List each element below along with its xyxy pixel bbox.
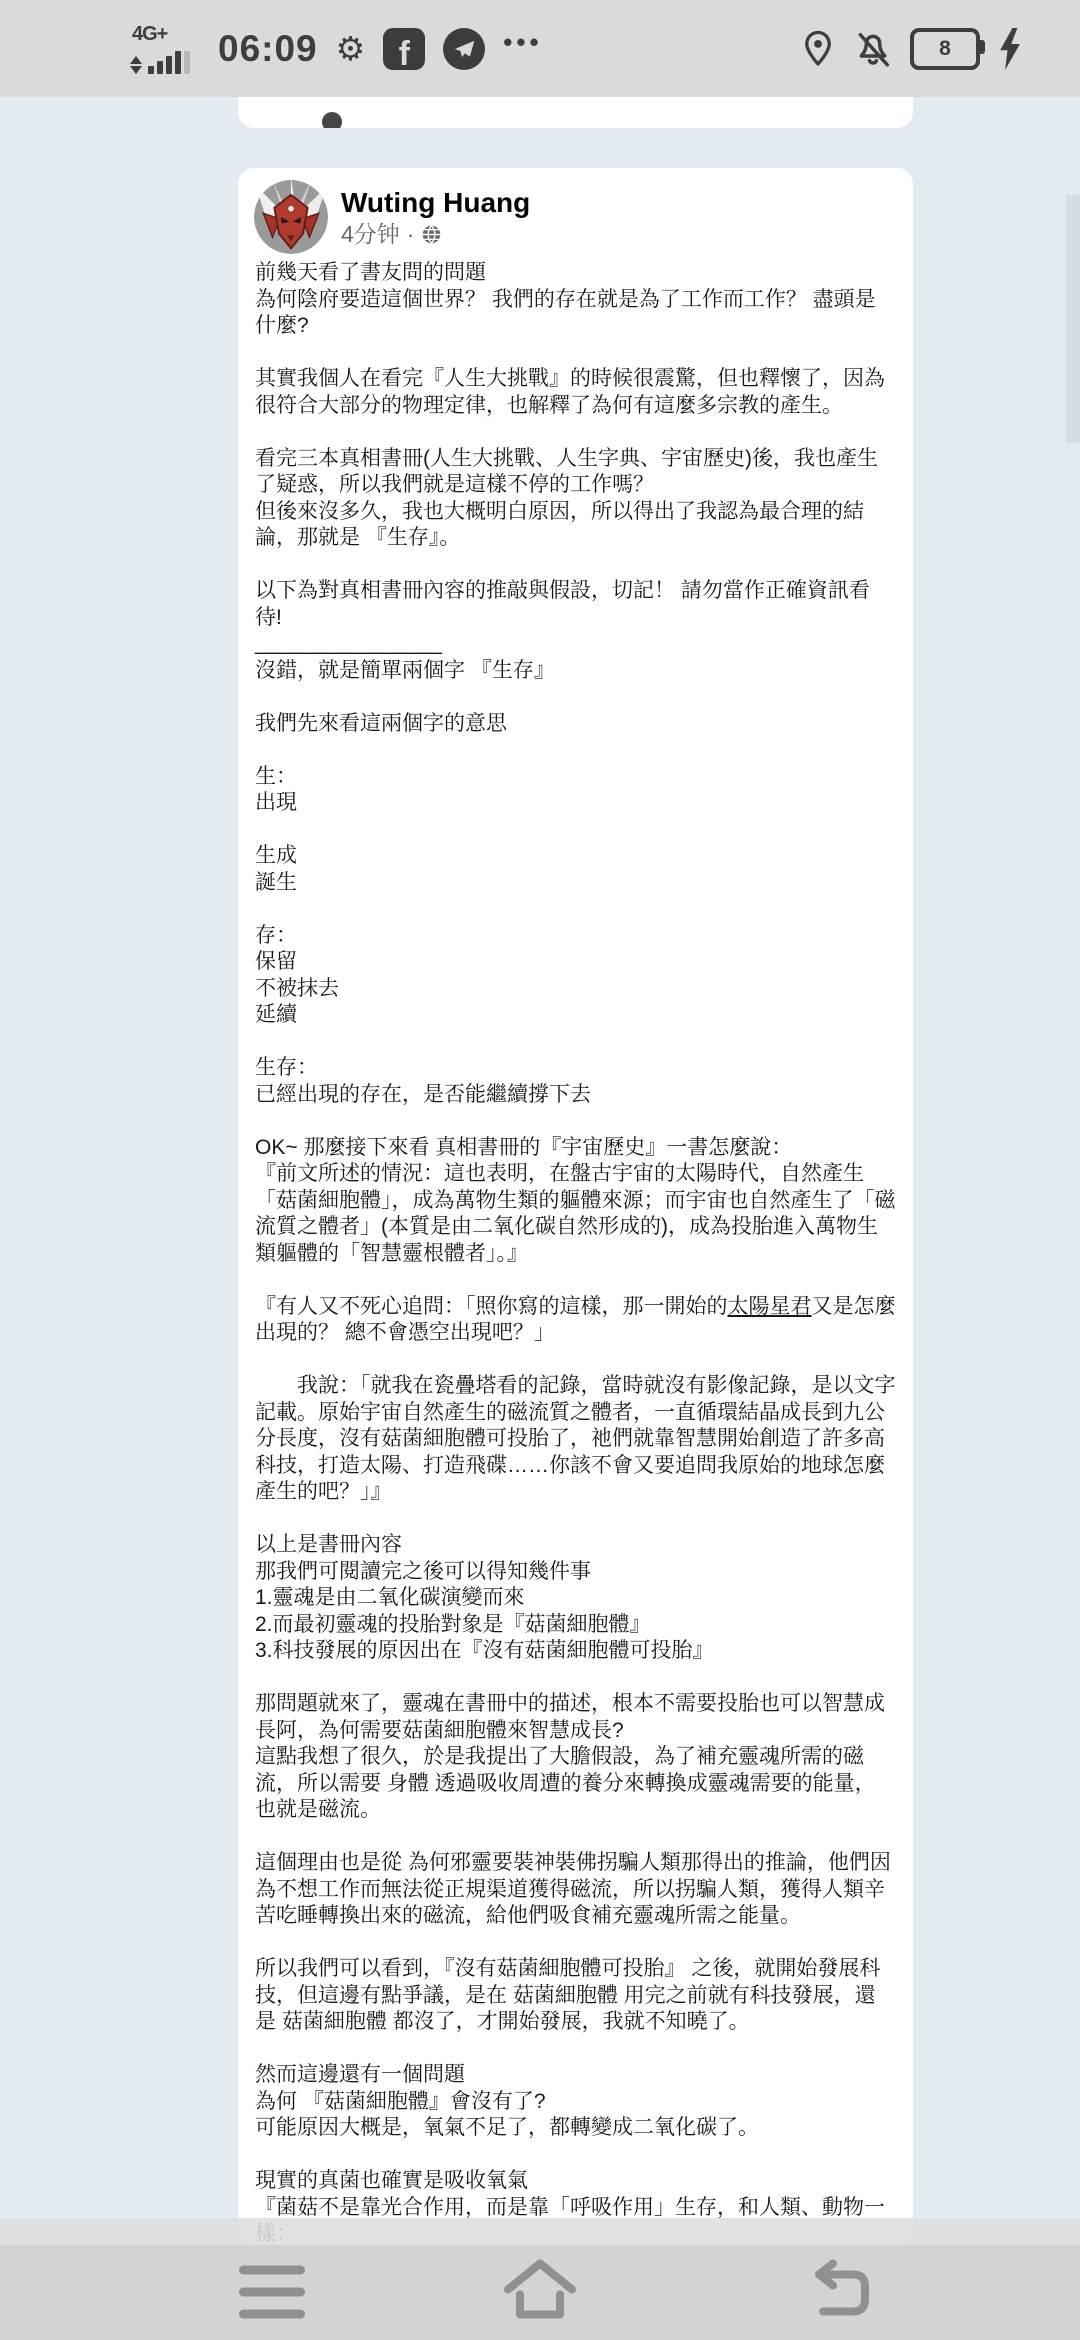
signal-bars-icon [148,51,190,74]
notifications-off-icon [854,29,892,69]
charging-bolt-icon [998,28,1022,70]
partial-emoji-icon [322,112,342,128]
author-name[interactable]: Wuting Huang [341,187,530,219]
facebook-icon: f [383,28,425,70]
menu-icon[interactable] [239,2266,305,2319]
gear-icon: ⚙ [336,32,366,65]
network-type-label: 4G+ [132,23,167,46]
bottom-fade-band [0,2218,1080,2245]
telegram-icon [443,28,485,70]
post-body: 前幾天看了書友問的問題 為何陰府要造這個世界？ 我們的存在就是為了工作而工作？ … [238,258,913,2245]
avatar[interactable] [254,180,328,254]
scrollbar[interactable] [1066,195,1080,443]
battery-level: 8 [939,37,951,61]
post-body-segment: 前幾天看了書友問的問題 為何陰府要造這個世界？ 我們的存在就是為了工作而工作？ … [255,261,896,1318]
post-body-segment: 又是怎麼出現的？ 總不會憑空出現吧？」 我說：「就我在瓷疊塔看的記錄，當時就沒有… [255,1295,896,2246]
meta-separator: · [407,221,415,247]
post-card: Wuting Huang 4分钟 · 前幾天看了書友問的問題 為何陰府要造這個世… [238,168,913,2245]
post-meta: 4分钟 · [341,221,530,247]
more-dots-icon: ••• [503,27,542,58]
data-activity-icon [130,56,142,74]
battery-icon: 8 [910,28,980,70]
home-icon[interactable] [502,2257,578,2328]
status-bar: 4G+ 06:09 ⚙ f ••• 8 [0,0,1080,97]
post-header: Wuting Huang 4分钟 · [238,168,913,258]
back-icon[interactable] [811,2260,873,2325]
post-body-segment: 太陽星君 [728,1295,812,1318]
clock-time: 06:09 [218,28,318,70]
location-icon [800,29,836,69]
cellular-signal-icon: 4G+ [130,21,200,77]
post-timestamp[interactable]: 4分钟 [341,221,400,247]
globe-icon [421,224,442,245]
navigation-bar [0,2245,1080,2340]
